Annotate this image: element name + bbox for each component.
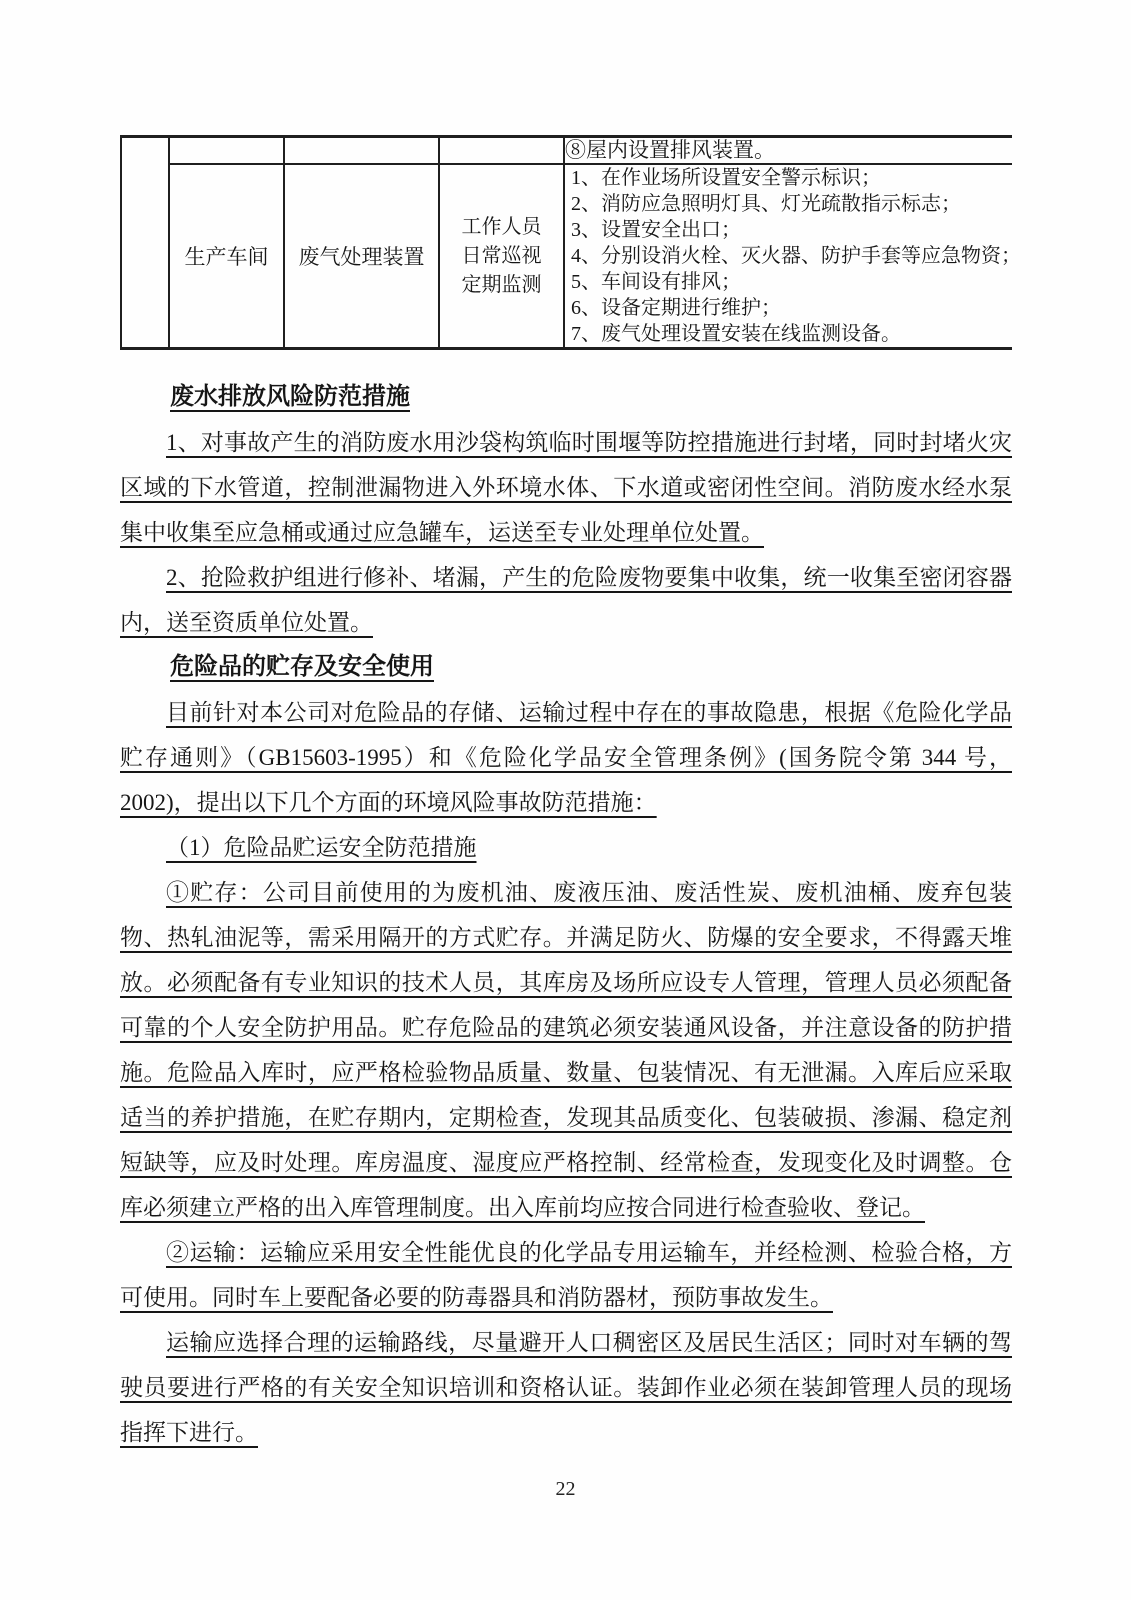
measure-item: 6、设备定期进行维护；	[565, 295, 1012, 321]
monitoring-line: 日常巡视	[440, 242, 563, 271]
table-cell-carryover-measure: ⑧屋内设置排风装置。	[564, 137, 1012, 165]
table-cell-monitoring: 工作人员 日常巡视 定期监测	[439, 164, 564, 349]
table-cell-area: 生产车间	[169, 164, 284, 349]
table-row-production-workshop: 生产车间 废气处理装置 工作人员 日常巡视 定期监测 1、在作业场所设置安全警示…	[121, 164, 1012, 349]
section-heading-wastewater: 废水排放风险防范措施	[170, 375, 1012, 420]
paragraph-wastewater-1: 1、对事故产生的消防废水用沙袋构筑临时围堰等防控措施进行封堵，同时封堵火灾区域的…	[120, 420, 1012, 555]
paragraph-hazmat-subheading: （1）危险品贮运安全防范措施	[120, 825, 1012, 870]
page-content: ⑧屋内设置排风装置。 生产车间 废气处理装置 工作人员 日常巡视 定期监测 1、…	[120, 135, 1012, 1455]
table-cell-device: 废气处理装置	[284, 164, 439, 349]
monitoring-line: 工作人员	[440, 213, 563, 242]
paragraph-hazmat-storage: ①贮存：公司目前使用的为废机油、废液压油、废活性炭、废机油桶、废弃包装物、热轧油…	[120, 870, 1012, 1230]
table-cell-empty	[439, 137, 564, 165]
section-heading-hazmat-storage: 危险品的贮存及安全使用	[170, 645, 1012, 690]
measure-item: 4、分别设消火栓、灭火器、防护手套等应急物资；	[565, 243, 1012, 269]
paragraph-hazmat-intro: 目前针对本公司对危险品的存储、运输过程中存在的事故隐患，根据《危险化学品贮存通则…	[120, 690, 1012, 825]
measure-item: 3、设置安全出口；	[565, 217, 1012, 243]
measure-item: 2、消防应急照明灯具、灯光疏散指示标志；	[565, 191, 1012, 217]
measure-item: 1、在作业场所设置安全警示标识；	[565, 165, 1012, 191]
paragraph-hazmat-transport-1: ②运输：运输应采用安全性能优良的化学品专用运输车，并经检测、检验合格，方可使用。…	[120, 1230, 1012, 1320]
table-cell-merged-left	[121, 137, 169, 349]
page-number: 22	[0, 1478, 1131, 1501]
table-cell-empty	[284, 137, 439, 165]
table-row-carryover: ⑧屋内设置排风装置。	[121, 137, 1012, 165]
table-cell-empty	[169, 137, 284, 165]
table-cell-measures-list: 1、在作业场所设置安全警示标识； 2、消防应急照明灯具、灯光疏散指示标志； 3、…	[564, 164, 1012, 349]
risk-measures-table: ⑧屋内设置排风装置。 生产车间 废气处理装置 工作人员 日常巡视 定期监测 1、…	[120, 135, 1012, 350]
document-page: ⑧屋内设置排风装置。 生产车间 废气处理装置 工作人员 日常巡视 定期监测 1、…	[0, 0, 1131, 1600]
paragraph-wastewater-2: 2、抢险救护组进行修补、堵漏，产生的危险废物要集中收集，统一收集至密闭容器内，送…	[120, 555, 1012, 645]
monitoring-line: 定期监测	[440, 271, 563, 300]
paragraph-hazmat-transport-2: 运输应选择合理的运输路线，尽量避开人口稠密区及居民生活区；同时对车辆的驾驶员要进…	[120, 1320, 1012, 1455]
measure-item: 5、车间设有排风；	[565, 269, 1012, 295]
body-text: 废水排放风险防范措施 1、对事故产生的消防废水用沙袋构筑临时围堰等防控措施进行封…	[120, 375, 1012, 1455]
measure-item: 7、废气处理设置安装在线监测设备。	[565, 321, 1012, 347]
